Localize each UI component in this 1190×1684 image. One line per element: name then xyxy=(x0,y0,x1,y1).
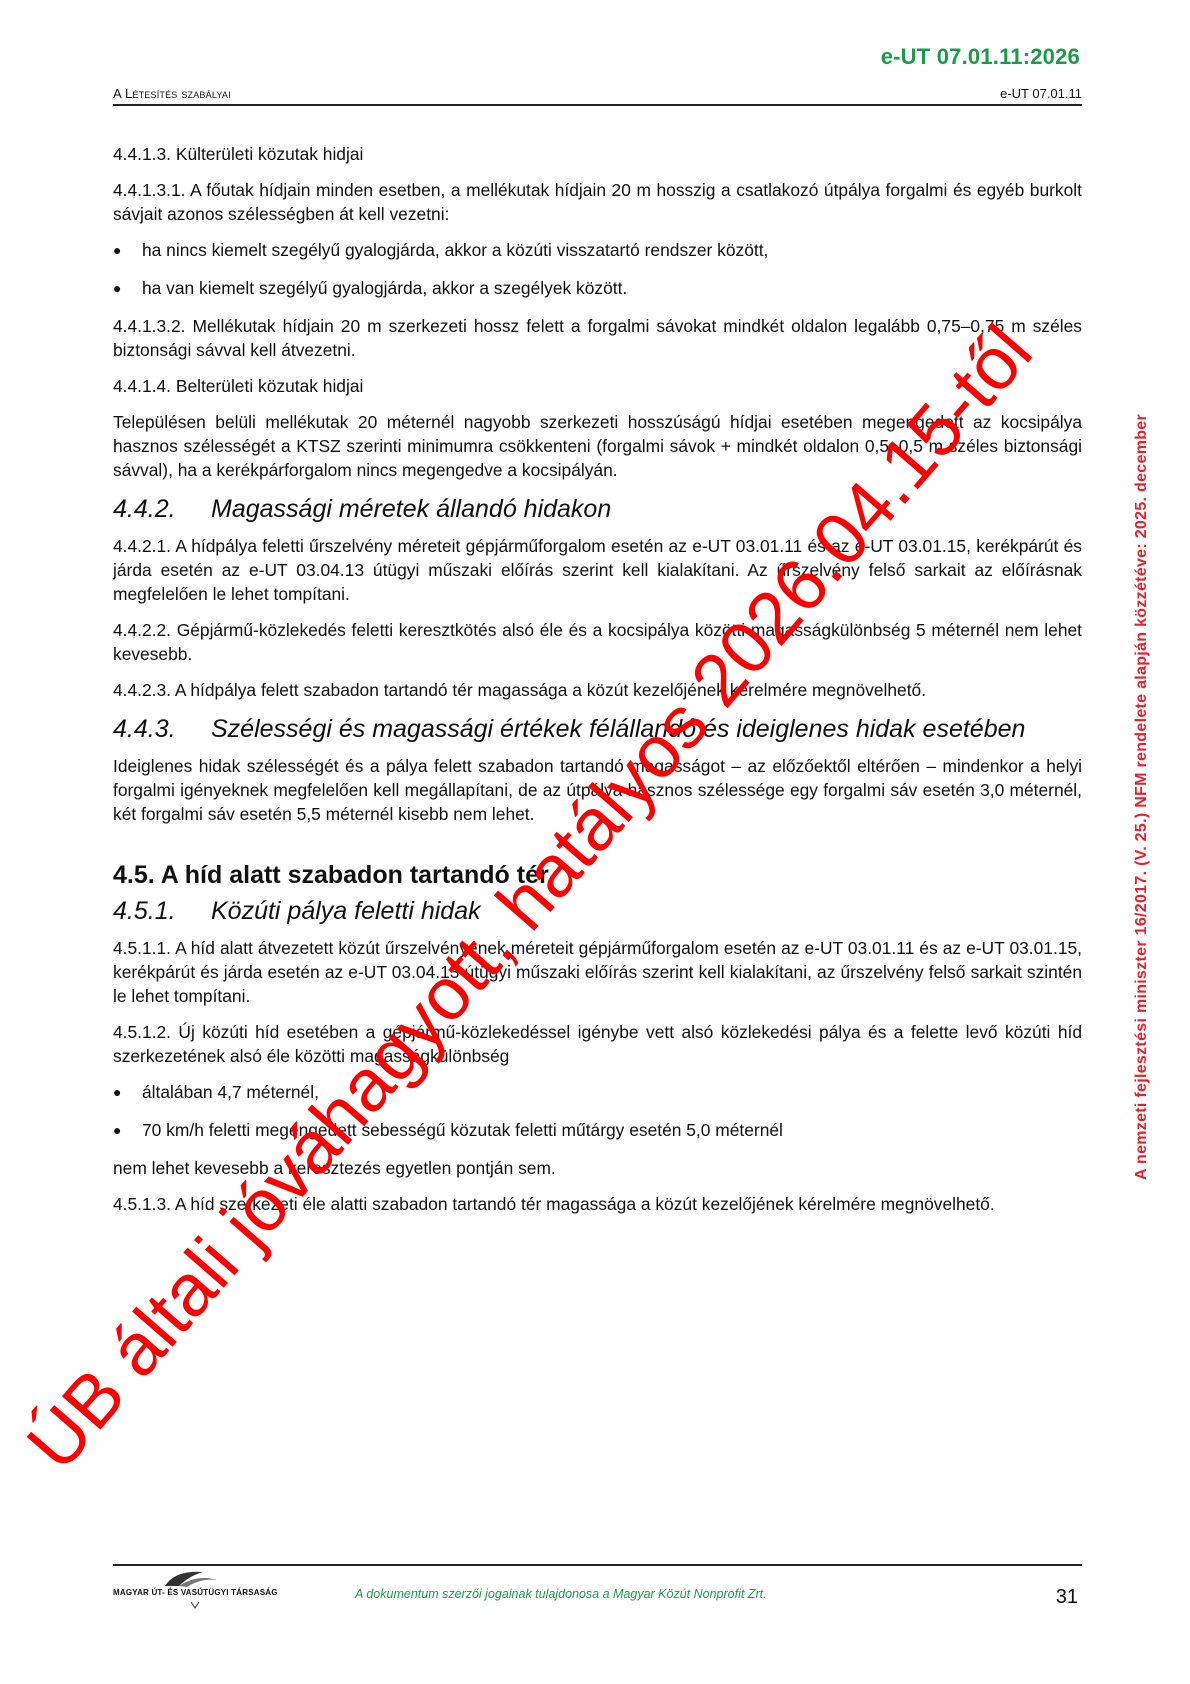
heading-number: 4.4.3. xyxy=(113,714,211,744)
bullet-icon: ● xyxy=(113,276,142,300)
paragraph-4-4-3: Ideiglenes hidak szélességét és a pálya … xyxy=(113,754,1082,826)
heading-4-4-1-3: 4.4.1.3. Külterületi közutak hidjai xyxy=(113,142,1082,166)
list-item-text: általában 4,7 méternél, xyxy=(142,1080,319,1104)
paragraph-4-4-1-3-1: 4.4.1.3.1. A főutak hídjain minden esetb… xyxy=(113,178,1082,226)
list-item-text: ha nincs kiemelt szegélyű gyalogjárda, a… xyxy=(142,238,768,262)
heading-title: Szélességi és magassági értékek félállan… xyxy=(211,714,1025,744)
heading-title: Magassági méretek állandó hidakon xyxy=(211,494,611,524)
paragraph-4-4-2-3: 4.4.2.3. A hídpálya felett szabadon tart… xyxy=(113,678,1082,702)
list-item: ● ha van kiemelt szegélyű gyalogjárda, a… xyxy=(113,276,1082,300)
publication-side-note: A nemzeti fejlesztési miniszter 16/2017.… xyxy=(1133,230,1153,1180)
heading-4-4-3: 4.4.3. Szélességi és magassági értékek f… xyxy=(113,714,1082,744)
paragraph-4-4-2-1: 4.4.2.1. A hídpálya feletti űrszelvény m… xyxy=(113,534,1082,606)
heading-number: 4.4.2. xyxy=(113,494,211,524)
copyright-notice: A dokumentum szerzői jogainak tulajdonos… xyxy=(355,1587,767,1601)
paragraph-4-5-1-3: 4.5.1.3. A híd szerkezeti éle alatti sza… xyxy=(113,1192,1082,1216)
bullet-icon: ● xyxy=(113,1118,142,1142)
running-code: e-UT 07.01.11 xyxy=(1000,86,1082,101)
paragraph-4-4-2-2: 4.4.2.2. Gépjármű-közlekedés feletti ker… xyxy=(113,618,1082,666)
list-item: ● ha nincs kiemelt szegélyű gyalogjárda,… xyxy=(113,238,1082,262)
page-number: 31 xyxy=(1056,1586,1078,1609)
heading-4-5: 4.5. A híd alatt szabadon tartandó tér xyxy=(113,860,1082,890)
running-title: A Létesítés szabályai xyxy=(113,86,231,101)
list-item: ● általában 4,7 méternél, xyxy=(113,1080,1082,1104)
heading-4-4-2: 4.4.2. Magassági méretek állandó hidakon xyxy=(113,494,1082,524)
paragraph-4-5-1-2-tail: nem lehet kevesebb a keresztezés egyetle… xyxy=(113,1156,1082,1180)
bullet-icon: ● xyxy=(113,1080,142,1104)
paragraph-4-4-1-3-2: 4.4.1.3.2. Mellékutak hídjain 20 m szerk… xyxy=(113,314,1082,362)
list-item-text: 70 km/h feletti megengedett sebességű kö… xyxy=(142,1118,783,1142)
paragraph-4-4-1-4: Településen belüli mellékutak 20 méterné… xyxy=(113,410,1082,482)
heading-4-5-1: 4.5.1. Közúti pálya feletti hidak xyxy=(113,896,1082,926)
heading-number: 4.5.1. xyxy=(113,896,211,926)
footer-logo: MAGYAR ÚT- ÉS VASÚTÜGYI TÁRSASÁG xyxy=(113,1566,273,1616)
org-name: MAGYAR ÚT- ÉS VASÚTÜGYI TÁRSASÁG xyxy=(113,1588,278,1597)
bullet-icon: ● xyxy=(113,238,142,262)
document-code-stamp: e-UT 07.01.11:2026 xyxy=(881,44,1080,70)
page-body: 4.4.1.3. Külterületi közutak hidjai 4.4.… xyxy=(113,142,1082,1228)
heading-4-4-1-4: 4.4.1.4. Belterületi közutak hidjai xyxy=(113,374,1082,398)
heading-title: Közúti pálya feletti hidak xyxy=(211,896,481,926)
list-item-text: ha van kiemelt szegélyű gyalogjárda, akk… xyxy=(142,276,627,300)
list-item: ● 70 km/h feletti megengedett sebességű … xyxy=(113,1118,1082,1142)
paragraph-4-5-1-1: 4.5.1.1. A híd alatt átvezetett közút űr… xyxy=(113,936,1082,1008)
running-header: A Létesítés szabályai e-UT 07.01.11 xyxy=(113,84,1082,106)
paragraph-4-5-1-2: 4.5.1.2. Új közúti híd esetében a gépjár… xyxy=(113,1020,1082,1068)
